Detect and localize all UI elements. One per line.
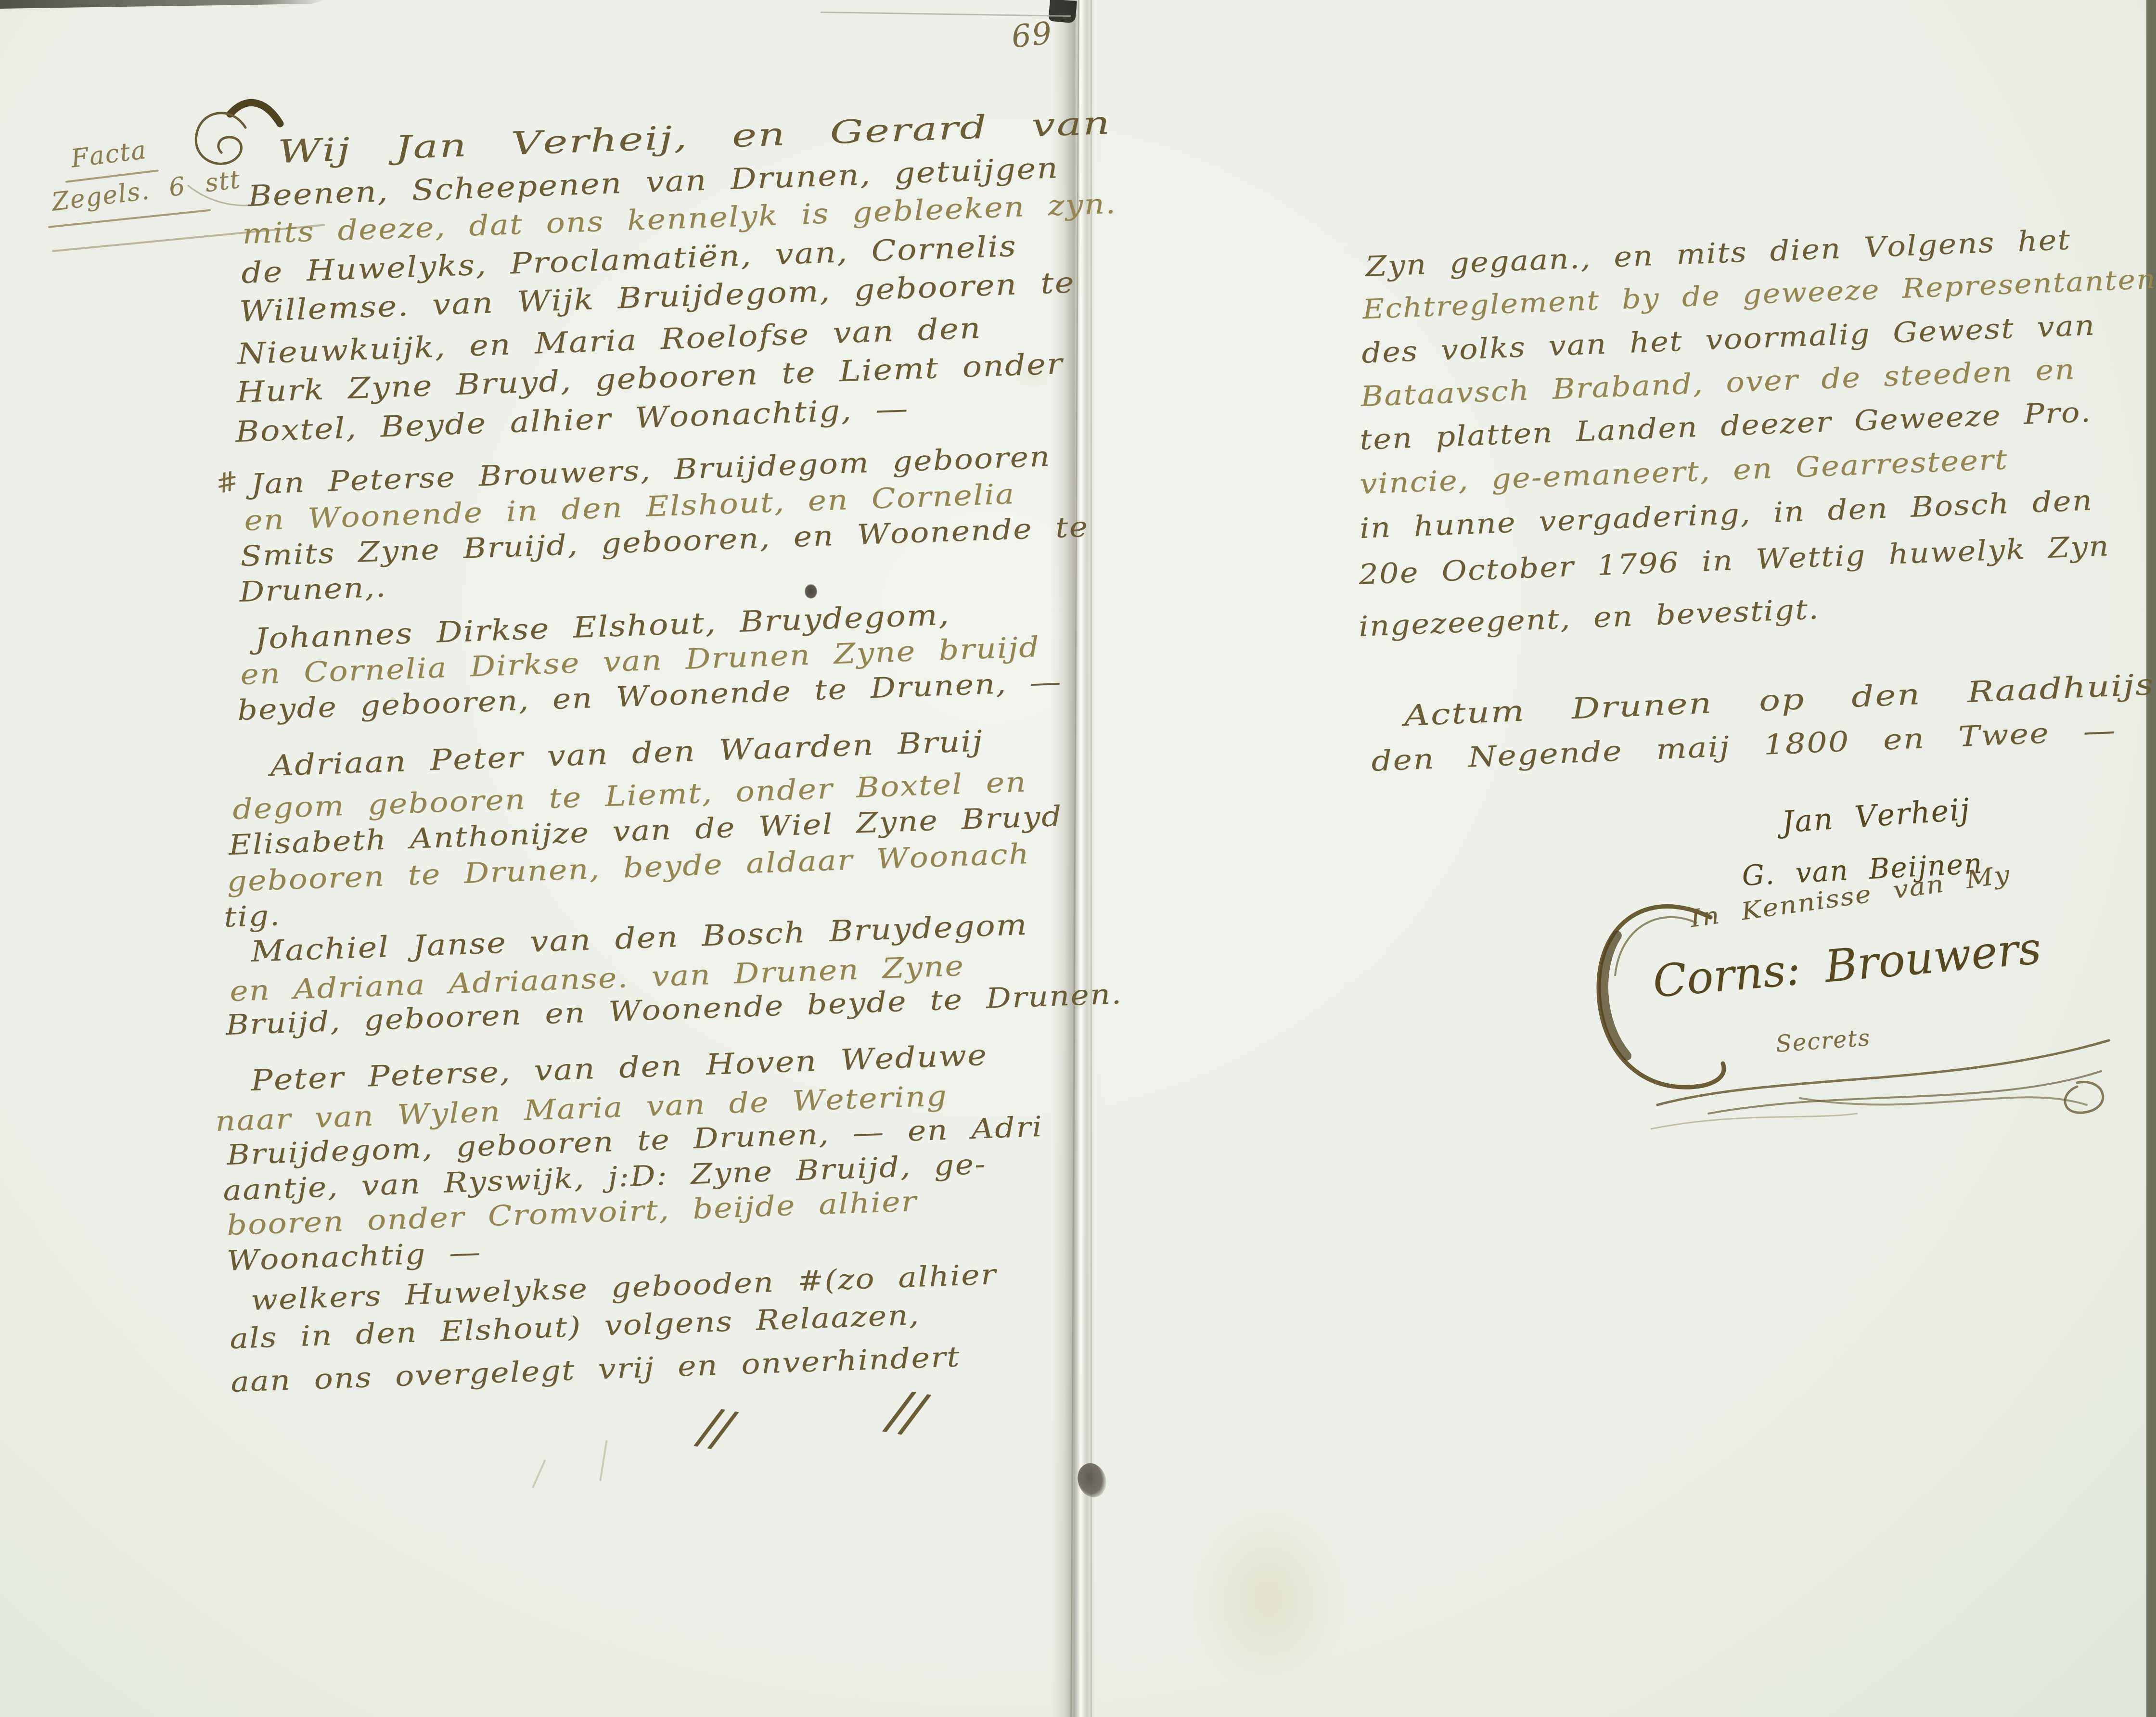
- manuscript-line: Woonachtig —: [226, 1236, 482, 1278]
- signature-underline-flourish: [1651, 1011, 2122, 1136]
- page-number: 69: [1010, 15, 1054, 56]
- pen-tail-stroke: [599, 1440, 607, 1482]
- margin-section-mark: #: [213, 464, 243, 501]
- margin-note-facta: Facta: [69, 135, 149, 174]
- manuscript-line: ingezeegent, en bevestigt.: [1358, 592, 1820, 643]
- top-edge-shadow: [0, 0, 327, 9]
- signature-witness-1: Jan Verheij: [1781, 792, 1971, 841]
- double-stroke-mark: //: [696, 1396, 734, 1460]
- manuscript-scan: 69 Facta Zegels. 6 stt # Wij Jan Verheij…: [0, 0, 2156, 1717]
- manuscript-line: tig.: [223, 899, 281, 935]
- scan-right-edge: [2146, 0, 2156, 1717]
- ink-dot: [805, 584, 817, 599]
- paper-stain: [1189, 1501, 1347, 1694]
- double-stroke-mark: //: [885, 1377, 926, 1446]
- binding-corner-mark: [1048, 0, 1077, 23]
- manuscript-line: Drunen,.: [239, 570, 387, 609]
- pen-tail-stroke: [532, 1460, 546, 1488]
- right-page-edge-line: [1091, 0, 1092, 1717]
- underpage-edge-line: [821, 12, 1071, 17]
